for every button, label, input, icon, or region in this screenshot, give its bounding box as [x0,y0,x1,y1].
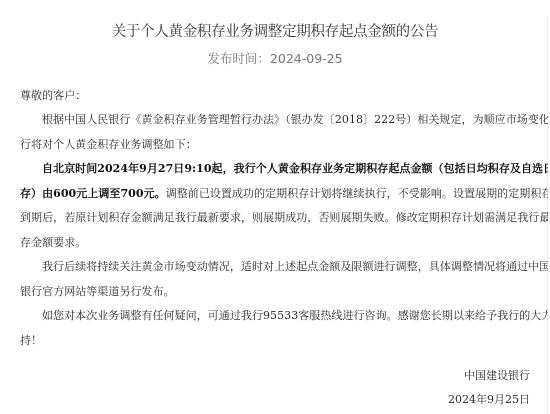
announcement-page: 关于个人黄金积存业务调整定期积存起点金额的公告 发布时间：2024-09-25 … [0,0,550,414]
paragraph-line: 根据中国人民银行《黄金积存业务管理暂行办法》（银办发〔2018〕222号）相关规… [20,108,548,133]
publish-date-value: 2024-09-25 [270,51,343,66]
signature-date: 2024年9月25日 [448,391,530,407]
paragraph-line: 到期后，若原计划积存金额满足我行最新要求，则展期成功，否则展期失败。修改定期积存… [20,206,548,231]
regular-text: 调整前已设置成功的定期积存计划将继续执行，不受影响。设置展期的定期积存计划 [166,187,548,200]
paragraph-line: 银行官方网站等渠道另行发布。 [20,280,548,305]
paragraph-line: 存）由600元上调至700元。调整前已设置成功的定期积存计划将继续执行，不受影响… [20,182,548,207]
paragraph-line: 行将对个人黄金积存业务调整如下： [20,133,548,158]
paragraph-line: 持！ [20,329,548,354]
paragraph-line: 如您对本次业务调整有任何疑问，可通过我行95533客服热线进行咨询。感谢您长期以… [20,304,548,329]
paragraph-followup: 我行后续将持续关注黄金市场变动情况，适时对上述起点金额及限额进行调整，具体调整情… [20,255,550,304]
paragraph-adjustment: 自北京时间2024年9月27日9:10起，我行个人黄金积存业务定期积存起点金额（… [20,157,550,255]
paragraph-regulation: 根据中国人民银行《黄金积存业务管理暂行办法》（银办发〔2018〕222号）相关规… [20,108,550,157]
signature-organization: 中国建设银行 [464,367,530,383]
paragraph-line-bold: 自北京时间2024年9月27日9:10起，我行个人黄金积存业务定期积存起点金额（… [20,157,548,182]
publish-date: 发布时间：2024-09-25 [0,49,550,67]
salutation: 尊敬的客户： [20,84,550,109]
paragraph-contact: 如您对本次业务调整有任何疑问，可通过我行95533客服热线进行咨询。感谢您长期以… [20,304,550,353]
paragraph-line: 我行后续将持续关注黄金市场变动情况，适时对上述起点金额及限额进行调整，具体调整情… [20,255,548,280]
publish-date-label: 发布时间： [207,51,270,66]
page-title: 关于个人黄金积存业务调整定期积存起点金额的公告 [0,20,550,41]
bold-text: 存）由600元上调至700元。 [20,187,166,200]
paragraph-line: 存金额要求。 [20,231,548,256]
